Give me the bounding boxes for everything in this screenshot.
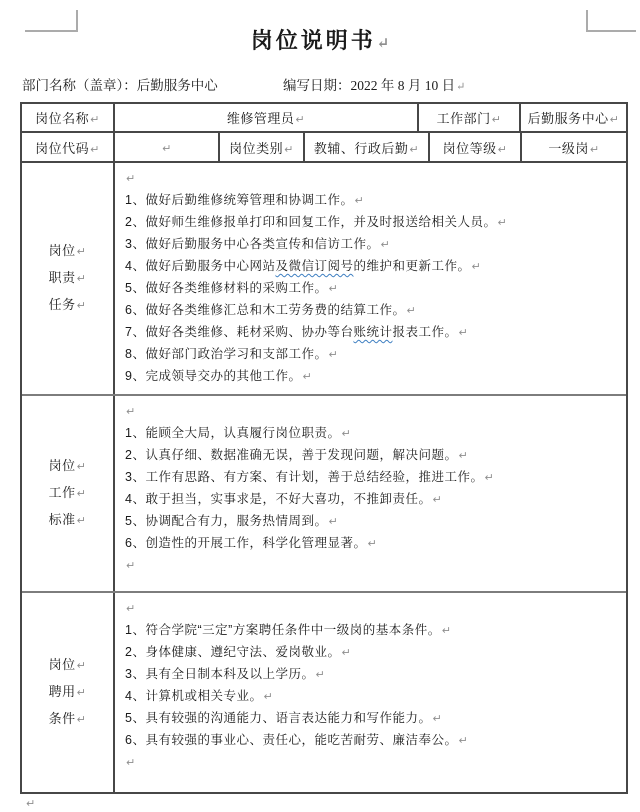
pilcrow-mark: ↵ xyxy=(126,393,136,394)
row-label-line: 岗位↵ xyxy=(49,238,87,265)
pilcrow-mark: ↵ xyxy=(341,647,351,659)
pilcrow-mark: ↵ xyxy=(354,195,364,207)
duties-row-label: 岗位↵ 职责↵ 任务↵ xyxy=(22,163,115,394)
pilcrow-mark: ↵ xyxy=(442,625,452,637)
table-row-position-code: 岗位代码↵ ↵ 岗位类别↵ 教辅、行政后勤↵ 岗位等级↵ 一级岗↵ xyxy=(22,133,626,163)
pilcrow-mark: ↵ xyxy=(77,687,87,699)
pilcrow-mark: ↵ xyxy=(77,660,87,672)
job-description-table: 岗位名称↵ 维修管理员↵ 工作部门↵ 后勤服务中心↵ 岗位代码↵ ↵ 岗位类别↵… xyxy=(20,102,628,794)
pilcrow-mark: ↵ xyxy=(77,461,87,473)
paragraph-line: 3、工作有思路、有方案、有计划，善于总结经验，推进工作。↵ xyxy=(125,467,494,489)
paragraph-line: 8、做好部门政治学习和支部工作。↵ xyxy=(125,344,338,366)
pilcrow-mark: ↵ xyxy=(492,114,502,126)
pilcrow-mark: ↵ xyxy=(126,757,136,769)
paragraph-line: ↵ xyxy=(125,388,136,394)
pilcrow-mark: ↵ xyxy=(341,428,351,440)
pilcrow-mark: ↵ xyxy=(484,472,494,484)
paragraph-line: 3、具有全日制本科及以上学历。↵ xyxy=(125,664,325,686)
row-label-line: 条件↵ xyxy=(49,706,87,733)
paragraph-line: 4、做好后勤服务中心网站及微信订阅号的维护和更新工作。↵ xyxy=(125,256,481,278)
paragraph-line: 2、做好师生维修报单打印和回复工作，并及时报送给相关人员。↵ xyxy=(125,212,507,234)
document-page: 岗位说明书↵ 部门名称（盖章）：后勤服务中心 编写日期：2022 年 8 月 1… xyxy=(0,0,640,812)
pilcrow-mark: ↵ xyxy=(328,283,338,295)
pilcrow-mark: ↵ xyxy=(432,713,442,725)
pilcrow-mark: ↵ xyxy=(471,261,481,273)
cell-text: 岗位代码↵ xyxy=(35,138,100,157)
work-standards-row-label: 岗位↵ 工作↵ 标准↵ xyxy=(22,396,115,591)
row-label-line: 岗位↵ xyxy=(49,453,87,480)
paragraph-line: 4、敢于担当，实事求是，不好大喜功，不推卸责任。↵ xyxy=(125,489,442,511)
pilcrow-mark: ↵ xyxy=(26,798,35,810)
pilcrow-mark: ↵ xyxy=(126,173,136,185)
pilcrow-mark: ↵ xyxy=(377,36,390,52)
write-date-label: 编写日期：2022 年 8 月 10 日↵ xyxy=(283,77,465,96)
cell-text: 后勤服务中心↵ xyxy=(528,108,620,127)
pilcrow-mark: ↵ xyxy=(90,114,100,126)
row-label-line: 职责↵ xyxy=(49,265,87,292)
cell-text: 岗位名称↵ xyxy=(35,108,100,127)
row-label-line: 任务↵ xyxy=(49,292,87,319)
pilcrow-mark: ↵ xyxy=(126,560,136,572)
pilcrow-mark: ↵ xyxy=(458,327,468,339)
paragraph-line: 9、完成领导交办的其他工作。↵ xyxy=(125,366,312,388)
cell-text: 岗位类别↵ xyxy=(229,138,294,157)
paragraph-line: 1、符合学院“三定”方案聘任条件中一级岗的基本条件。↵ xyxy=(125,620,452,642)
pilcrow-mark: ↵ xyxy=(77,273,87,285)
cell-position-name-label: 岗位名称↵ xyxy=(22,104,115,131)
row-label-line: 标准↵ xyxy=(49,507,87,534)
pilcrow-mark: ↵ xyxy=(432,494,442,506)
paragraph-line: 4、计算机或相关专业。↵ xyxy=(125,686,273,708)
pilcrow-mark: ↵ xyxy=(497,217,507,229)
pilcrow-mark: ↵ xyxy=(77,488,87,500)
paragraph-line: 5、协调配合有力，服务热情周到。↵ xyxy=(125,511,338,533)
paragraph-line: ↵ xyxy=(125,168,136,190)
cell-position-category-value: 教辅、行政后勤↵ xyxy=(305,133,430,161)
pilcrow-mark: ↵ xyxy=(77,714,87,726)
paragraph-line: 5、做好各类维修材料的采购工作。↵ xyxy=(125,278,338,300)
pilcrow-mark: ↵ xyxy=(406,305,416,317)
paragraph-line: 2、身体健康、遵纪守法、爱岗敬业。↵ xyxy=(125,642,351,664)
employment-conditions-content: ↵1、符合学院“三定”方案聘任条件中一级岗的基本条件。↵2、身体健康、遵纪守法、… xyxy=(115,593,626,792)
paragraph-line: ↵ xyxy=(125,401,136,423)
pilcrow-mark: ↵ xyxy=(328,349,338,361)
pilcrow-mark: ↵ xyxy=(77,515,87,527)
row-label-line: 岗位↵ xyxy=(49,652,87,679)
duties-content: ↵1、做好后勤维修统筹管理和协调工作。↵2、做好师生维修报单打印和回复工作，并及… xyxy=(115,163,626,394)
row-label-line: 聘用↵ xyxy=(49,679,87,706)
table-row-work-standards: 岗位↵ 工作↵ 标准↵ ↵1、能顾全大局，认真履行岗位职责。↵2、认真仔细、数据… xyxy=(22,396,626,593)
pilcrow-mark: ↵ xyxy=(328,516,338,528)
paragraph-line: ↵ xyxy=(125,598,136,620)
paragraph-line: 1、能顾全大局，认真履行岗位职责。↵ xyxy=(125,423,351,445)
pilcrow-mark: ↵ xyxy=(458,450,468,462)
paragraph-line: 3、做好后勤服务中心各类宣传和信访工作。↵ xyxy=(125,234,390,256)
pilcrow-mark: ↵ xyxy=(126,603,136,615)
paragraph-line: 6、创造性的开展工作，科学化管理显著。↵ xyxy=(125,533,377,555)
cell-position-code-label: 岗位代码↵ xyxy=(22,133,115,161)
pilcrow-mark: ↵ xyxy=(498,144,508,156)
pilcrow-mark: ↵ xyxy=(284,144,294,156)
department-name-label: 部门名称（盖章）：后勤服务中心 xyxy=(22,77,218,95)
cell-text: 一级岗↵ xyxy=(548,138,599,157)
spellcheck-underline: 及微信订阅号 xyxy=(275,259,353,273)
pilcrow-mark: ↵ xyxy=(590,144,600,156)
paragraph-line: 6、做好各类维修汇总和木工劳务费的结算工作。↵ xyxy=(125,300,416,322)
cell-text: 工作部门↵ xyxy=(437,108,502,127)
cell-text: 教辅、行政后勤↵ xyxy=(314,138,419,157)
paragraph-line: 1、做好后勤维修统筹管理和协调工作。↵ xyxy=(125,190,364,212)
paragraph-line: 2、认真仔细、数据准确无误，善于发现问题，解决问题。↵ xyxy=(125,445,468,467)
cell-text: ↵ xyxy=(161,140,172,155)
pilcrow-mark: ↵ xyxy=(126,406,136,418)
paragraph-line: 7、做好各类维修、耗材采购、协办等台账统计报表工作。↵ xyxy=(125,322,468,344)
cell-position-grade-label: 岗位等级↵ xyxy=(430,133,522,161)
work-standards-content: ↵1、能顾全大局，认真履行岗位职责。↵2、认真仔细、数据准确无误，善于发现问题，… xyxy=(115,396,626,591)
pilcrow-mark: ↵ xyxy=(77,246,87,258)
pilcrow-mark: ↵ xyxy=(610,114,620,126)
table-row-employment-conditions: 岗位↵ 聘用↵ 条件↵ ↵1、符合学院“三定”方案聘任条件中一级岗的基本条件。↵… xyxy=(22,593,626,792)
employment-conditions-row-label: 岗位↵ 聘用↵ 条件↵ xyxy=(22,593,115,792)
pilcrow-mark: ↵ xyxy=(162,143,172,155)
paragraph-line: 6、具有较强的事业心、责任心，能吃苦耐劳、廉洁奉公。↵ xyxy=(125,730,468,752)
pilcrow-mark: ↵ xyxy=(302,371,312,383)
pilcrow-mark: ↵ xyxy=(263,691,273,703)
spellcheck-underline: 账统计 xyxy=(353,325,392,339)
pilcrow-mark: ↵ xyxy=(295,114,305,126)
meta-line: 部门名称（盖章）：后勤服务中心 编写日期：2022 年 8 月 10 日↵ xyxy=(0,77,640,95)
paragraph-line: ↵ xyxy=(125,555,136,577)
cell-position-category-label: 岗位类别↵ xyxy=(220,133,305,161)
pilcrow-mark: ↵ xyxy=(90,144,100,156)
pilcrow-mark: ↵ xyxy=(77,300,87,312)
pilcrow-mark: ↵ xyxy=(380,239,390,251)
pilcrow-mark: ↵ xyxy=(456,81,465,93)
cell-position-name-value: 维修管理员↵ xyxy=(115,104,419,131)
cell-text: 维修管理员↵ xyxy=(227,108,305,127)
paragraph-line: ↵ xyxy=(125,752,136,774)
table-row-position-name: 岗位名称↵ 维修管理员↵ 工作部门↵ 后勤服务中心↵ xyxy=(22,104,626,133)
cell-text: 岗位等级↵ xyxy=(443,138,508,157)
cell-work-department-value: 后勤服务中心↵ xyxy=(521,104,626,131)
document-title-text: 岗位说明书 xyxy=(251,28,376,53)
pilcrow-mark: ↵ xyxy=(367,538,377,550)
pilcrow-mark: ↵ xyxy=(315,669,325,681)
paragraph-line: 5、具有较强的沟通能力、语言表达能力和写作能力。↵ xyxy=(125,708,442,730)
cell-position-grade-value: 一级岗↵ xyxy=(522,133,626,161)
trailing-paragraph-mark: ↵ xyxy=(25,796,35,811)
table-row-duties: 岗位↵ 职责↵ 任务↵ ↵1、做好后勤维修统筹管理和协调工作。↵2、做好师生维修… xyxy=(22,163,626,396)
row-label-line: 工作↵ xyxy=(49,480,87,507)
cell-work-department-label: 工作部门↵ xyxy=(419,104,521,131)
pilcrow-mark: ↵ xyxy=(409,144,419,156)
cell-position-code-value: ↵ xyxy=(115,133,220,161)
document-title: 岗位说明书↵ xyxy=(0,27,640,58)
pilcrow-mark: ↵ xyxy=(458,735,468,747)
